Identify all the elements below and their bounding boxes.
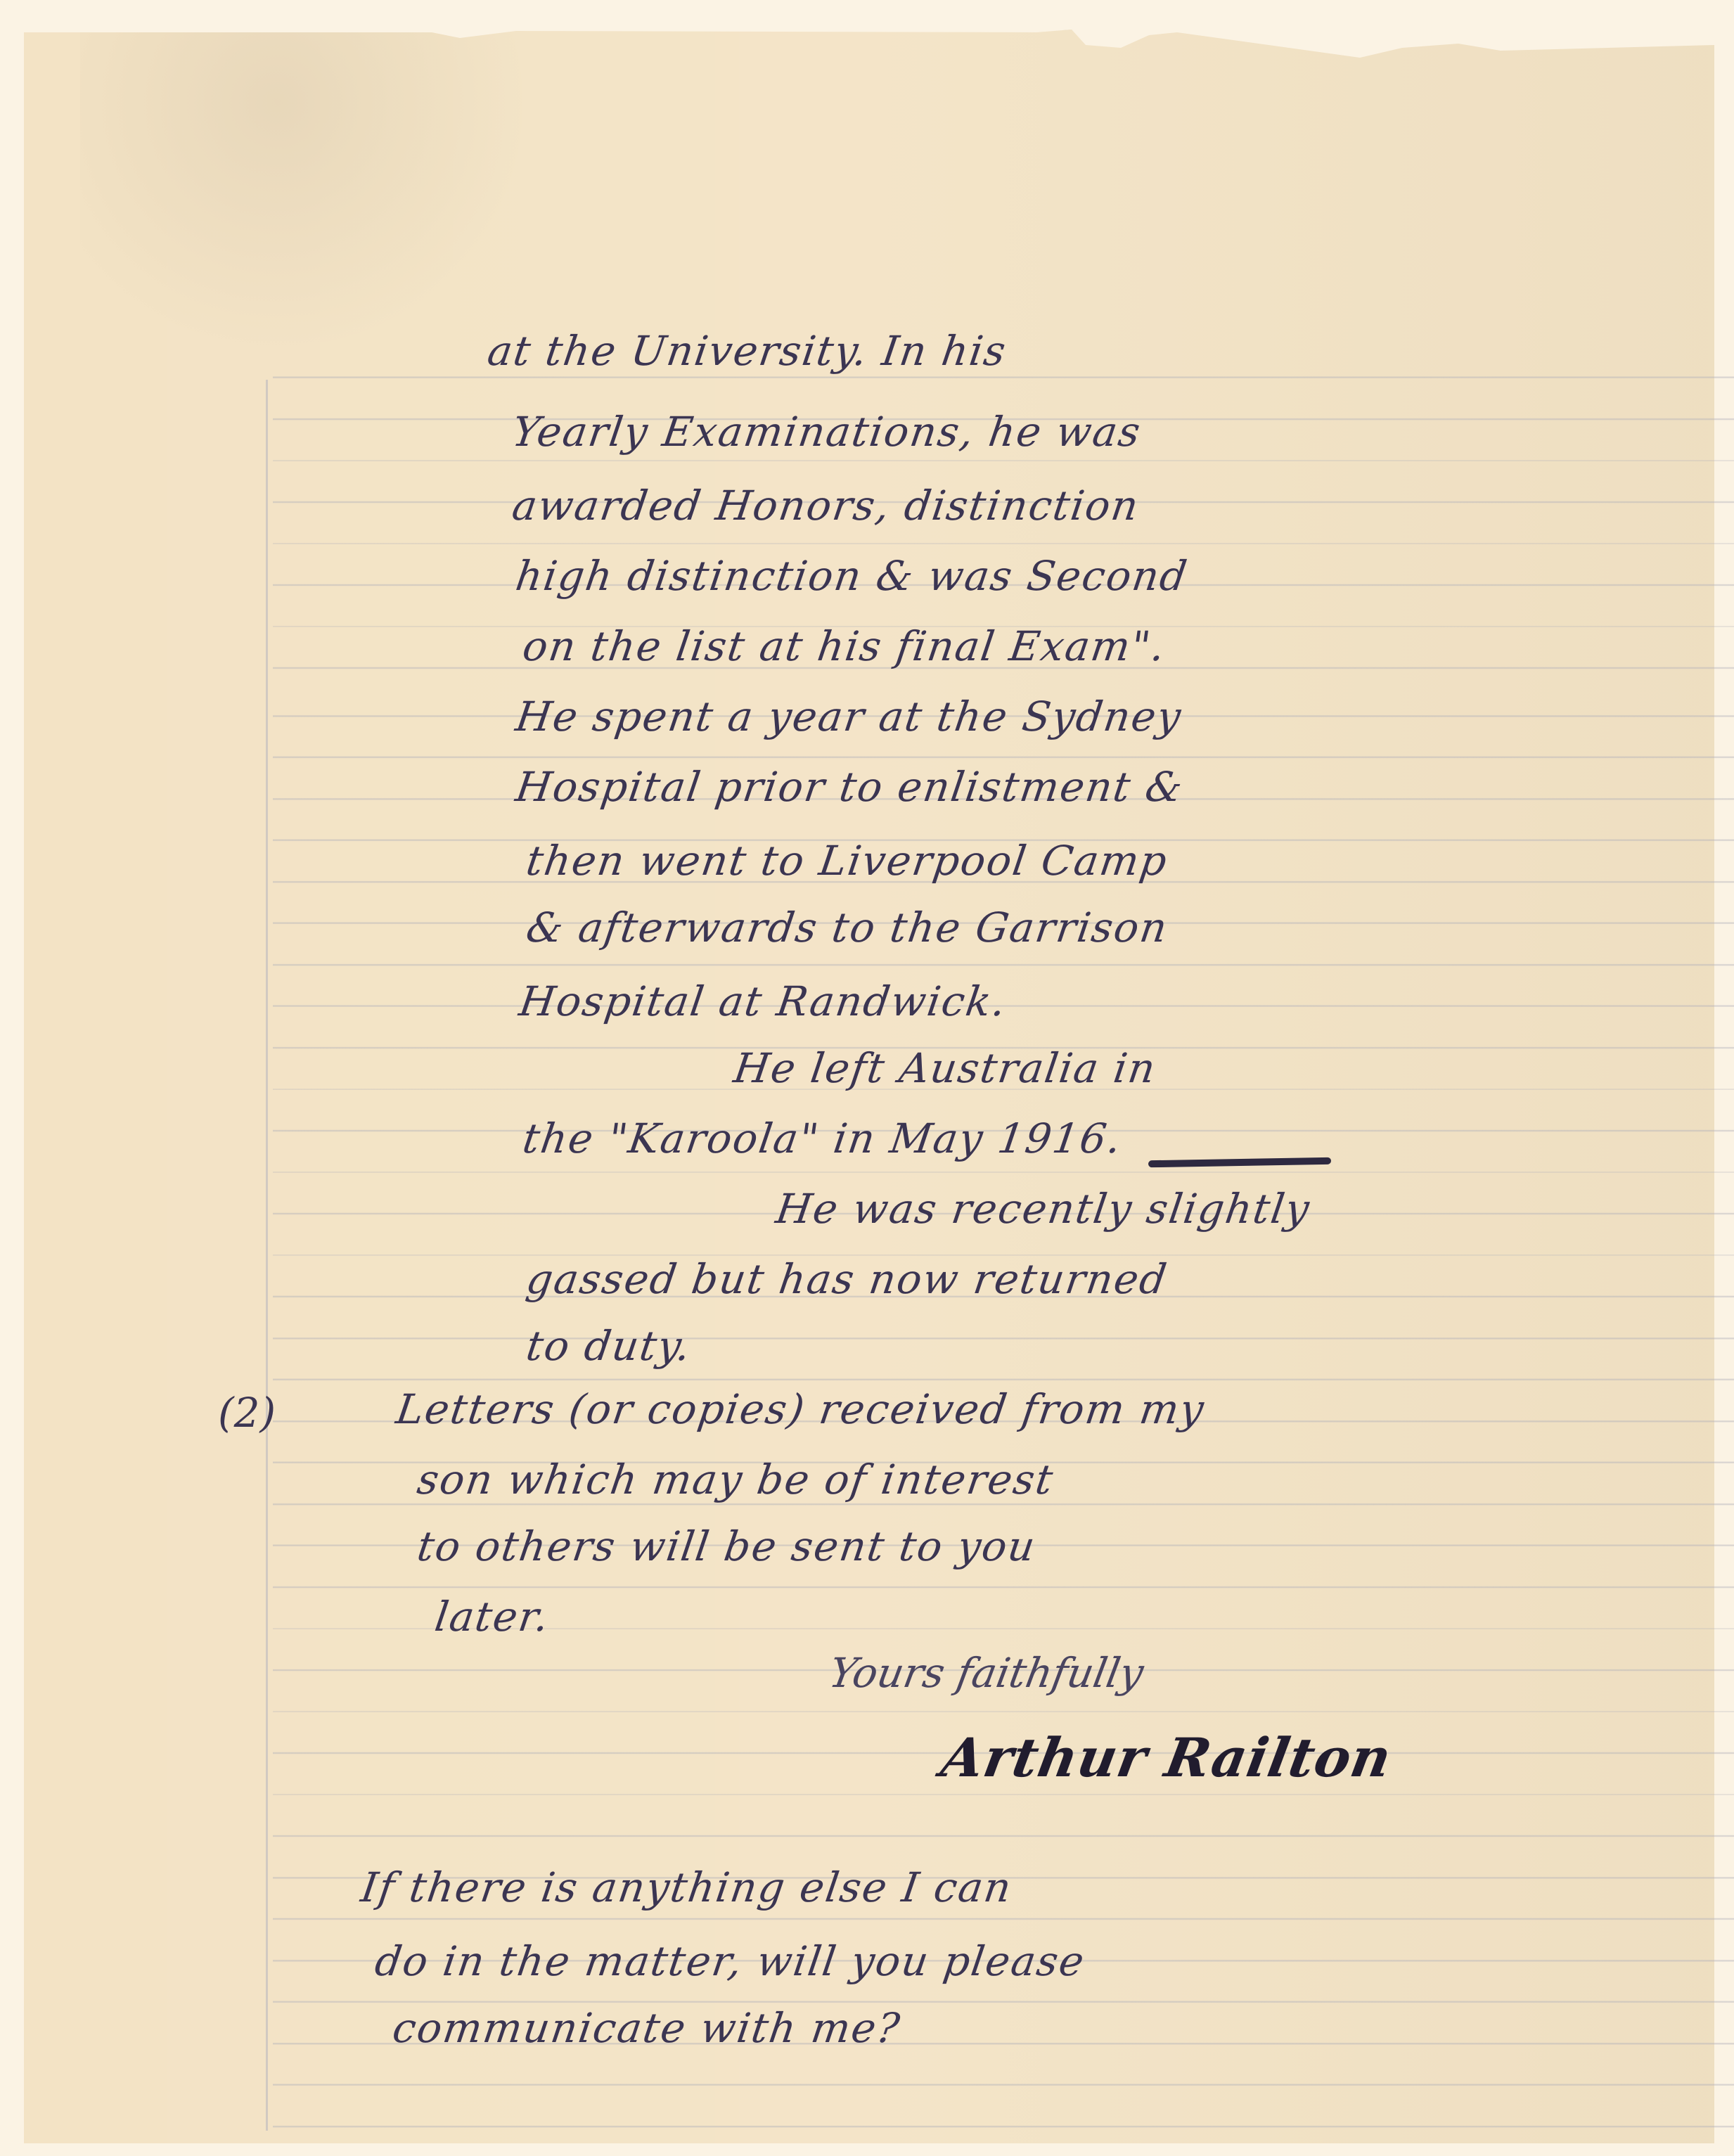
item2-line-4: later. xyxy=(432,1596,553,1637)
body-line-6: He spent a year at the Sydney xyxy=(513,696,1184,737)
signature: Arthur Railton xyxy=(937,1726,1396,1789)
ruled-lines xyxy=(273,338,1734,2128)
body-line-7: Hospital prior to enlistment & xyxy=(513,766,1186,807)
body-line-5: on the list at his final Exam". xyxy=(520,626,1169,667)
postscript-line-1: If there is anything else I can xyxy=(359,1867,1015,1908)
body-line-15: to duty. xyxy=(524,1326,694,1366)
body-line-4: high distinction & was Second xyxy=(513,556,1190,596)
margin-rule xyxy=(266,380,268,2131)
item-number: (2) xyxy=(218,1389,276,1437)
body-line-3: awarded Honors, distinction xyxy=(510,485,1142,526)
valediction: Yours faithfully xyxy=(826,1649,1147,1697)
body-line-1: at the University. In his xyxy=(485,331,1009,371)
body-line-10: Hospital at Randwick. xyxy=(517,981,1010,1022)
item2-line-2: son which may be of interest xyxy=(415,1459,1057,1500)
item2-line-1: Letters (or copies) received from my xyxy=(394,1389,1207,1430)
body-line-11: He left Australia in xyxy=(731,1048,1159,1089)
body-line-12: the "Karoola" in May 1916. xyxy=(520,1118,1125,1159)
item2-line-3: to others will be sent to you xyxy=(415,1526,1039,1567)
body-line-8: then went to Liverpool Camp xyxy=(524,840,1171,881)
body-line-14: gassed but has now returned xyxy=(524,1259,1170,1300)
body-line-13: He was recently slightly xyxy=(773,1188,1313,1229)
postscript-line-3: communicate with me? xyxy=(390,2008,904,2048)
body-line-9: & afterwards to the Garrison xyxy=(524,907,1171,948)
postscript-line-2: do in the matter, will you please xyxy=(373,1941,1088,1982)
body-line-2: Yearly Examinations, he was xyxy=(510,411,1144,452)
